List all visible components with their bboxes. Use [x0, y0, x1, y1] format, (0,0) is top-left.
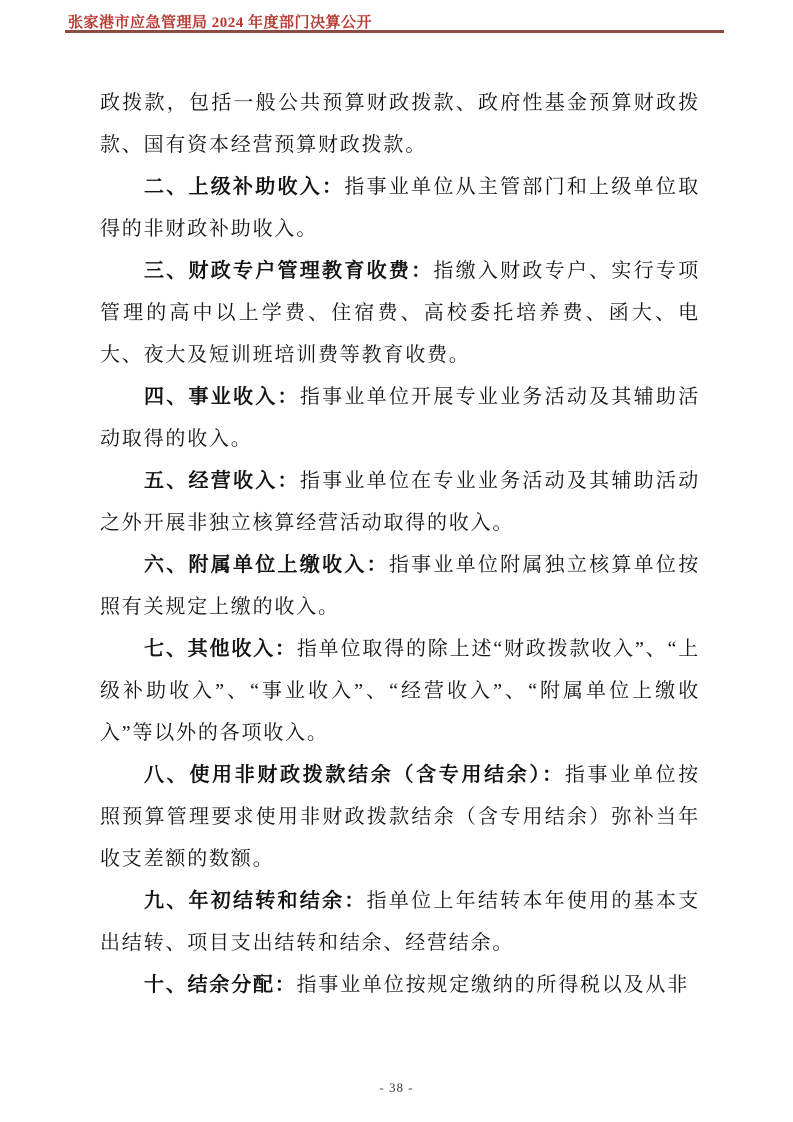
paragraph-lead: 二、上级补助收入： [144, 176, 344, 198]
document-body: 政拨款，包括一般公共预算财政拨款、政府性基金预算财政拨款、国有资本经营预算财政拨… [100, 82, 700, 1006]
paragraph-affiliated-unit-turned-in-income: 六、附属单位上缴收入：指事业单位附属独立核算单位按照有关规定上缴的收入。 [100, 544, 700, 628]
paragraph-lead: 四、事业收入： [144, 386, 300, 408]
paragraph-lead: 三、财政专户管理教育收费： [144, 260, 433, 282]
paragraph-lead: 十、结余分配： [144, 974, 297, 996]
paragraph-operating-income: 五、经营收入：指事业单位在专业业务活动及其辅助活动之外开展非独立核算经营活动取得… [100, 460, 700, 544]
document-page: 张家港市应急管理局 2024 年度部门决算公开 政拨款，包括一般公共预算财政拨款… [0, 0, 793, 1122]
paragraph-lead: 七、其他收入： [144, 638, 297, 660]
document-header-title: 张家港市应急管理局 2024 年度部门决算公开 [68, 11, 372, 32]
page-number: - 38 - [379, 1080, 413, 1095]
paragraph-beginning-year-carryover-balance: 九、年初结转和结余：指单位上年结转本年使用的基本支出结转、项目支出结转和结余、经… [100, 880, 700, 964]
paragraph-business-income: 四、事业收入：指事业单位开展专业业务活动及其辅助活动取得的收入。 [100, 376, 700, 460]
paragraph-superior-subsidy-income: 二、上级补助收入：指事业单位从主管部门和上级单位取得的非财政补助收入。 [100, 166, 700, 250]
paragraph-fiscal-appropriation-continuation: 政拨款，包括一般公共预算财政拨款、政府性基金预算财政拨款、国有资本经营预算财政拨… [100, 82, 700, 166]
page-footer: - 38 - [0, 1080, 793, 1096]
paragraph-text: 指事业单位按规定缴纳的所得税以及从非 [297, 974, 689, 996]
paragraph-lead: 五、经营收入： [144, 470, 300, 492]
paragraph-lead: 六、附属单位上缴收入： [144, 554, 389, 576]
paragraph-use-of-non-fiscal-balance: 八、使用非财政拨款结余（含专用结余）：指事业单位按照预算管理要求使用非财政拨款结… [100, 754, 700, 880]
paragraph-text: 政拨款，包括一般公共预算财政拨款、政府性基金预算财政拨款、国有资本经营预算财政拨… [100, 92, 700, 156]
paragraph-lead: 八、使用非财政拨款结余（含专用结余）： [144, 764, 565, 786]
header-rule-line [65, 30, 724, 33]
paragraph-lead: 九、年初结转和结余： [144, 890, 367, 912]
paragraph-other-income: 七、其他收入：指单位取得的除上述“财政拨款收入”、“上级补助收入”、“事业收入”… [100, 628, 700, 754]
paragraph-balance-distribution: 十、结余分配：指事业单位按规定缴纳的所得税以及从非 [100, 964, 700, 1006]
paragraph-fiscal-account-education-fees: 三、财政专户管理教育收费：指缴入财政专户、实行专项管理的高中以上学费、住宿费、高… [100, 250, 700, 376]
